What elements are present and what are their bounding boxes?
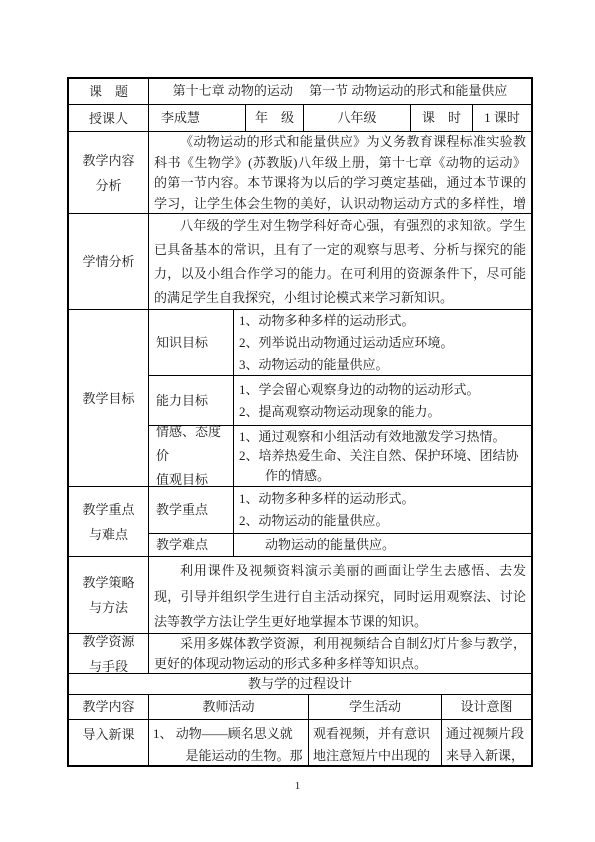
teaching-difficulty-text: 动物运动的能量供应。 <box>239 536 526 554</box>
ability-goal-item: 1、学会留心观察身边的动物的运动形式。 <box>239 379 526 401</box>
ability-goal-label-cell: 能力目标 <box>149 376 234 425</box>
process-row-student-cell: 观看视频，并有意识地注意短片中出现的生物 <box>309 720 442 765</box>
lesson-plan-table: 课 题 第十七章 动物的运动 第一节 动物运动的形式和能量供应 授课人 李成慧 … <box>67 77 533 767</box>
grade-label-cell: 年 级 <box>246 105 304 131</box>
strategy-label-line2: 与方法 <box>89 595 128 620</box>
learner-analysis-text-cell: 八年级的学生对生物学科好奇心强，有强烈的求知欲。学生已具备基本的常识，且有了一定… <box>149 214 531 309</box>
process-row-content: 导入新课 <box>82 727 134 742</box>
process-title-cell: 教与学的过程设计 <box>69 674 531 694</box>
strategy-text-cell: 利用课件及视频资料演示美丽的画面让学生去感悟、去发现，引导并组织学生进行自主活动… <box>149 557 531 633</box>
content-analysis-label-line1: 教学内容 <box>82 148 134 173</box>
resources-text: 采用多媒体教学资源，利用视频结合自制幻灯片参与教学，更好的体现动物运动的形式多种… <box>154 634 526 673</box>
strategy-label-cell: 教学策略 与方法 <box>69 557 149 633</box>
ability-goal-items: 1、学会留心观察身边的动物的运动形式。 2、提高观察动物运动现象的能力。 <box>234 376 531 425</box>
period-label-cell: 课 时 <box>411 105 473 131</box>
emotion-goal-label-line1: 情感、态度价 <box>156 420 233 468</box>
topic-label: 课 题 <box>89 79 128 104</box>
process-header-intent: 设计意图 <box>460 698 512 716</box>
row-objectives: 教学目标 知识目标 1、动物多种多样的运动形式。 2、列举说出动物通过运动适应环… <box>69 310 531 487</box>
subrow-knowledge-goal: 知识目标 1、动物多种多样的运动形式。 2、列举说出动物通过运动适应环境。 3、… <box>149 310 531 376</box>
row-instructor: 授课人 李成慧 年 级 八年级 课 时 1 课时 <box>69 105 531 132</box>
teaching-key-items: 1、动物多种多样的运动形式。 2、动物运动的能量供应。 <box>234 487 531 533</box>
page-number: 1 <box>0 780 595 792</box>
process-table-row: 导入新课 1、 动物——顾名思义就是能运动的生物。那么，它 观看视频，并有意识地… <box>69 720 531 765</box>
strategy-text: 利用课件及视频资料演示美丽的画面让学生去感悟、去发现，引导并组织学生进行自主活动… <box>154 558 526 633</box>
subrow-teaching-difficulty: 教学难点 动物运动的能量供应。 <box>149 534 531 556</box>
process-header-student: 学生活动 <box>349 698 401 716</box>
grade-value-cell: 八年级 <box>304 105 411 131</box>
learner-analysis-text: 八年级的学生对生物学科好奇心强，有强烈的求知欲。学生已具备基本的常识，且有了一定… <box>154 214 526 309</box>
topic-value: 第十七章 动物的运动 第一节 动物运动的形式和能量供应 <box>173 82 508 100</box>
period-label: 课 时 <box>422 109 461 127</box>
subrow-teaching-key: 教学重点 1、动物多种多样的运动形式。 2、动物运动的能量供应。 <box>149 487 531 534</box>
process-header-content: 教学内容 <box>82 698 134 716</box>
process-header-content-cell: 教学内容 <box>69 695 149 719</box>
knowledge-goal-items: 1、动物多种多样的运动形式。 2、列举说出动物通过运动适应环境。 3、动物运动的… <box>234 310 531 375</box>
content-analysis-label-line2: 分析 <box>95 173 121 198</box>
emotion-goal-item: 1、通过观察和小组活动有效地激发学习热情。 <box>239 427 526 447</box>
emotion-goal-items: 1、通过观察和小组活动有效地激发学习热情。 2、培养热爱生命、关注自然、保护环境… <box>234 426 531 486</box>
content-analysis-label-cell: 教学内容 分析 <box>69 132 149 213</box>
process-header-intent-cell: 设计意图 <box>442 695 531 719</box>
process-row-intent-cell: 通过视频片段来导入新课，激 <box>442 720 531 765</box>
teaching-difficulty-label: 教学难点 <box>156 533 233 557</box>
content-analysis-text-cell: 《动物运动的形式和能量供应》为义务教育课程标准实验教科书《生物学》(苏教版)八年… <box>149 132 531 213</box>
process-header-student-cell: 学生活动 <box>309 695 442 719</box>
teaching-key-label: 教学重点 <box>156 498 233 522</box>
knowledge-goal-label-cell: 知识目标 <box>149 310 234 375</box>
instructor-name: 李成慧 <box>161 109 200 127</box>
resources-label-line1: 教学资源 <box>82 634 134 654</box>
period-value: 1 课时 <box>484 109 520 127</box>
teaching-key-item: 2、动物运动的能量供应。 <box>239 510 526 532</box>
row-content-analysis: 教学内容 分析 《动物运动的形式和能量供应》为义务教育课程标准实验教科书《生物学… <box>69 132 531 214</box>
process-row-student: 观看视频，并有意识地注意短片中出现的生物 <box>313 723 437 765</box>
row-learner-analysis: 学情分析 八年级的学生对生物学科好奇心强，有强烈的求知欲。学生已具备基本的常识，… <box>69 214 531 310</box>
content-analysis-text: 《动物运动的形式和能量供应》为义务教育课程标准实验教科书《生物学》(苏教版)八年… <box>154 132 526 213</box>
document-page: 课 题 第十七章 动物的运动 第一节 动物运动的形式和能量供应 授课人 李成慧 … <box>0 0 595 842</box>
topic-label-cell: 课 题 <box>69 79 149 104</box>
ability-goal-label: 能力目标 <box>156 389 233 413</box>
topic-value-cell: 第十七章 动物的运动 第一节 动物运动的形式和能量供应 <box>149 79 531 104</box>
row-key-points: 教学重点 与难点 教学重点 1、动物多种多样的运动形式。 2、动物运动的能量供应… <box>69 487 531 557</box>
resources-text-cell: 采用多媒体教学资源，利用视频结合自制幻灯片参与教学，更好的体现动物运动的形式多种… <box>149 634 531 673</box>
instructor-name-cell: 李成慧 <box>149 105 246 131</box>
subrow-emotion-goal: 情感、态度价 值观目标 1、通过观察和小组活动有效地激发学习热情。 2、培养热爱… <box>149 426 531 486</box>
subrow-ability-goal: 能力目标 1、学会留心观察身边的动物的运动形式。 2、提高观察动物运动现象的能力… <box>149 376 531 426</box>
teaching-key-item: 1、动物多种多样的运动形式。 <box>239 488 526 510</box>
resources-label-cell: 教学资源 与手段 <box>69 634 149 673</box>
process-row-teacher: 1、 动物——顾名思义就是能运动的生物。那么，它 <box>153 723 304 765</box>
key-points-label-line2: 与难点 <box>89 522 128 547</box>
key-points-label-line1: 教学重点 <box>82 497 134 522</box>
instructor-label-cell: 授课人 <box>69 105 149 131</box>
ability-goal-item: 2、提高观察动物运动现象的能力。 <box>239 401 526 423</box>
process-row-teacher-cell: 1、 动物——顾名思义就是能运动的生物。那么，它 <box>149 720 309 765</box>
emotion-goal-item: 2、培养热爱生命、关注自然、保护环境、团结协作的情感。 <box>239 446 526 485</box>
grade-label: 年 级 <box>255 109 294 127</box>
learner-analysis-label-cell: 学情分析 <box>69 214 149 309</box>
process-row-intent: 通过视频片段来导入新课，激 <box>446 723 527 765</box>
resources-label-line2: 与手段 <box>89 654 128 674</box>
row-process-header: 教学内容 教师活动 学生活动 设计意图 <box>69 695 531 720</box>
knowledge-goal-item: 3、动物运动的能量供应。 <box>239 354 526 376</box>
learner-analysis-label: 学情分析 <box>82 249 134 274</box>
key-points-subrows: 教学重点 1、动物多种多样的运动形式。 2、动物运动的能量供应。 教学难点 动物… <box>149 487 531 556</box>
grade-value: 八年级 <box>337 109 376 127</box>
row-process-title: 教与学的过程设计 <box>69 674 531 695</box>
emotion-goal-label-cell: 情感、态度价 值观目标 <box>149 426 234 486</box>
objectives-subrows: 知识目标 1、动物多种多样的运动形式。 2、列举说出动物通过运动适应环境。 3、… <box>149 310 531 486</box>
period-value-cell: 1 课时 <box>473 105 531 131</box>
knowledge-goal-item: 2、列举说出动物通过运动适应环境。 <box>239 332 526 354</box>
teaching-key-label-cell: 教学重点 <box>149 487 234 533</box>
key-points-label-cell: 教学重点 与难点 <box>69 487 149 556</box>
row-resources: 教学资源 与手段 采用多媒体教学资源，利用视频结合自制幻灯片参与教学，更好的体现… <box>69 634 531 674</box>
strategy-label-line1: 教学策略 <box>82 570 134 595</box>
instructor-label: 授课人 <box>89 106 128 131</box>
teaching-difficulty-label-cell: 教学难点 <box>149 534 234 556</box>
process-header-teacher-cell: 教师活动 <box>149 695 309 719</box>
row-topic: 课 题 第十七章 动物的运动 第一节 动物运动的形式和能量供应 <box>69 79 531 105</box>
process-title: 教与学的过程设计 <box>248 675 352 693</box>
knowledge-goal-item: 1、动物多种多样的运动形式。 <box>239 310 526 332</box>
objectives-label: 教学目标 <box>82 386 134 411</box>
row-strategy: 教学策略 与方法 利用课件及视频资料演示美丽的画面让学生去感悟、去发现，引导并组… <box>69 557 531 634</box>
teaching-difficulty-text-cell: 动物运动的能量供应。 <box>234 534 531 556</box>
process-row-content-cell: 导入新课 <box>69 720 149 765</box>
knowledge-goal-label: 知识目标 <box>156 331 233 355</box>
process-header-teacher: 教师活动 <box>202 698 254 716</box>
objectives-label-cell: 教学目标 <box>69 310 149 486</box>
